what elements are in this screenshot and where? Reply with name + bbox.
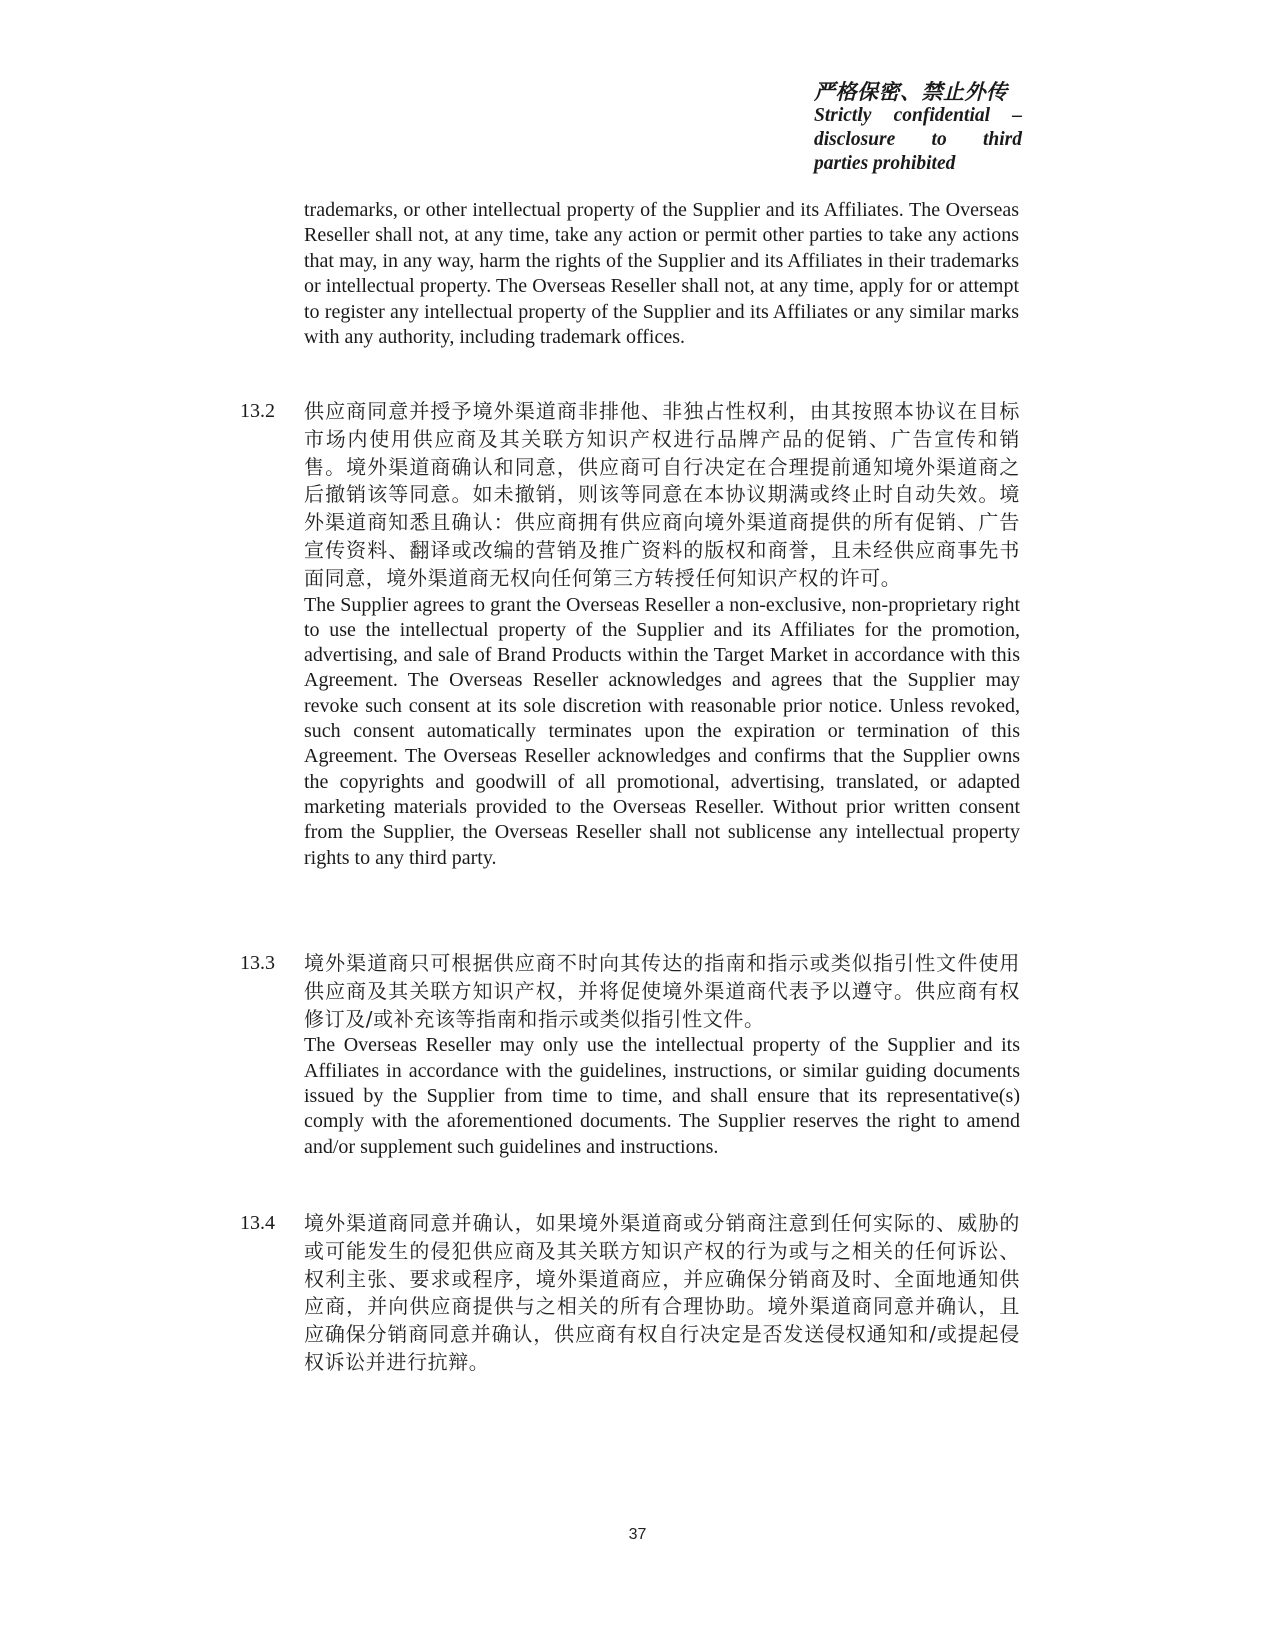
clause-text-english: The Supplier agrees to grant the Oversea… bbox=[304, 593, 1020, 871]
clause-13-3: 13.3 境外渠道商只可根据供应商不时向其传达的指南和指示或类似指引性文件使用供… bbox=[240, 950, 1020, 1160]
clause-text-english: The Overseas Reseller may only use the i… bbox=[304, 1033, 1020, 1159]
clause-text-chinese: 境外渠道商同意并确认，如果境外渠道商或分销商注意到任何实际的、威胁的或可能发生的… bbox=[304, 1210, 1020, 1377]
clause-text-chinese: 供应商同意并授予境外渠道商非排他、非独占性权利，由其按照本协议在目标市场内使用供… bbox=[304, 398, 1020, 593]
confidentiality-notice-en-line2: disclosure to third bbox=[814, 128, 1022, 152]
continued-paragraph-text: trademarks, or other intellectual proper… bbox=[304, 198, 1019, 350]
confidentiality-notice: 严格保密、禁止外传 Strictly confidential – disclo… bbox=[814, 80, 1022, 176]
clause-number: 13.4 bbox=[240, 1210, 275, 1236]
confidentiality-notice-en-line1: Strictly confidential – bbox=[814, 104, 1022, 128]
clause-text-chinese: 境外渠道商只可根据供应商不时向其传达的指南和指示或类似指引性文件使用供应商及其关… bbox=[304, 950, 1020, 1033]
clause-number: 13.3 bbox=[240, 950, 275, 976]
confidentiality-notice-cn: 严格保密、禁止外传 bbox=[814, 80, 1022, 104]
clause-13-2: 13.2 供应商同意并授予境外渠道商非排他、非独占性权利，由其按照本协议在目标市… bbox=[240, 398, 1020, 871]
clause-number: 13.2 bbox=[240, 398, 275, 424]
confidentiality-notice-en-line3: parties prohibited bbox=[814, 152, 1022, 176]
clause-13-4: 13.4 境外渠道商同意并确认，如果境外渠道商或分销商注意到任何实际的、威胁的或… bbox=[240, 1210, 1020, 1377]
continued-paragraph: trademarks, or other intellectual proper… bbox=[304, 198, 1019, 350]
page-number: 37 bbox=[0, 1526, 1275, 1544]
